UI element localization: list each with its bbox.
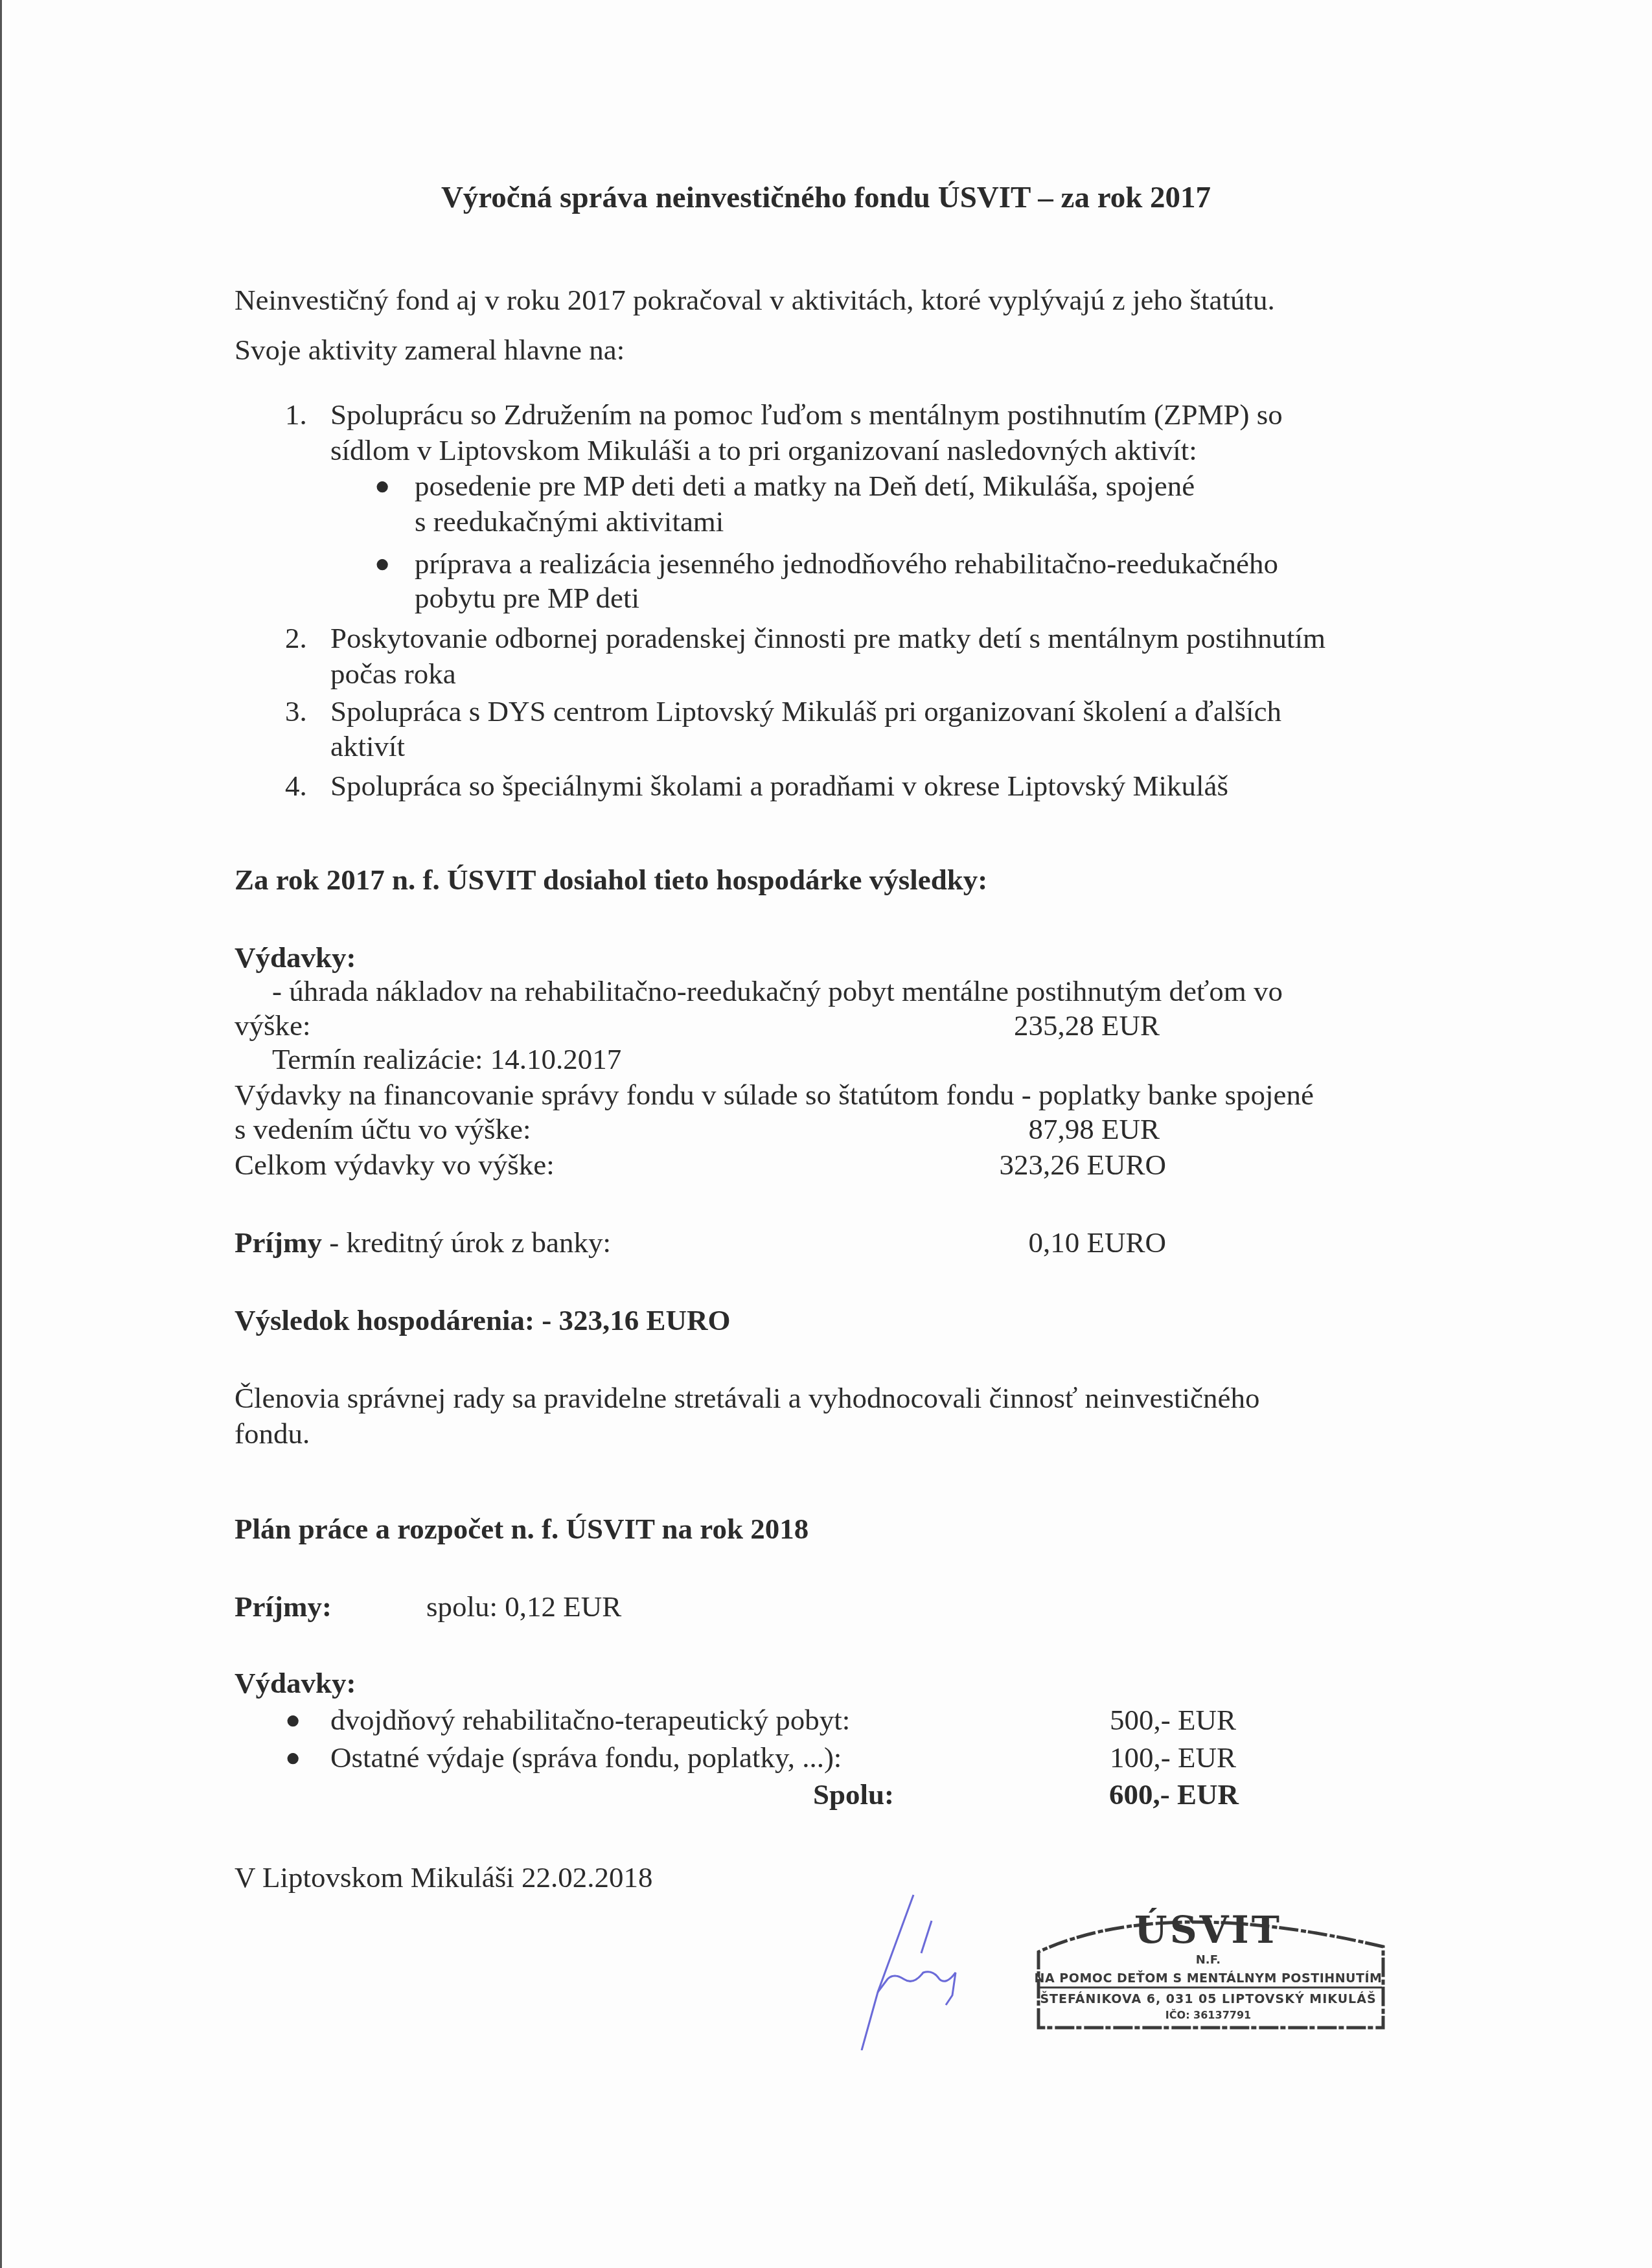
plan-item-2-label: Ostatné výdaje (správa fondu, poplatky, … xyxy=(330,1738,842,1777)
stamp-title: ÚSVIT xyxy=(1033,1908,1383,1952)
activity-2-line-1: Poskytovanie odbornej poradenskej činnos… xyxy=(330,619,1325,658)
expense-item-1-line-1: - úhrada nákladov na rehabilitačno-reedu… xyxy=(272,972,1283,1011)
bullet-icon: ● xyxy=(374,544,390,583)
activity-1-bullet-2-line-1: príprava a realizácia jesenného jednodňo… xyxy=(415,544,1278,583)
bullet-icon: ● xyxy=(285,1701,301,1739)
activity-1-line-2: sídlom v Liptovskom Mikuláši a to pri or… xyxy=(330,431,1197,470)
income-line: Príjmy - kreditný úrok z banky: xyxy=(235,1223,611,1262)
stamp-mission: NA POMOC DEŤOM S MENTÁLNYM POSTIHNUTÍM xyxy=(1033,1971,1383,1986)
bullet-icon: ● xyxy=(285,1738,301,1777)
bullet-icon: ● xyxy=(374,466,390,505)
expenses-total-amount: 323,26 EURO xyxy=(842,1145,1166,1184)
results-expenses-label: Výdavky: xyxy=(235,938,356,977)
stamp-subtitle: N.F. xyxy=(1033,1953,1383,1967)
income-text: - kreditný úrok z banky: xyxy=(322,1226,611,1259)
plan-total-label: Spolu: xyxy=(570,1775,894,1814)
expense-item-2-line-1: Výdavky na financovanie správy fondu v s… xyxy=(235,1075,1314,1114)
stamp-address: ŠTEFÁNIKOVA 6, 031 05 LIPTOVSKÝ MIKULÁŠ xyxy=(1033,1992,1383,2006)
board-line-1: Členovia správnej rady sa pravidelne str… xyxy=(235,1379,1260,1417)
activity-3-line-2: aktivít xyxy=(330,727,405,766)
activity-1-bullet-2-line-2: pobytu pre MP deti xyxy=(415,578,639,617)
plan-income-value: spolu: 0,12 EUR xyxy=(426,1587,621,1626)
expense-item-1-date: Termín realizácie: 14.10.2017 xyxy=(272,1040,621,1079)
scan-page-edge xyxy=(0,0,2,2268)
expense-item-2-amount: 87,98 EUR xyxy=(836,1110,1160,1149)
activity-3-line-1: Spolupráca s DYS centrom Liptovský Mikul… xyxy=(330,692,1281,731)
activity-number: 1. xyxy=(285,395,307,434)
expense-item-2-line-2: s vedením účtu vo výške: xyxy=(235,1110,531,1149)
plan-expenses-label: Výdavky: xyxy=(235,1664,356,1702)
document-title: Výročná správa neinvestičného fondu ÚSVI… xyxy=(0,180,1652,215)
results-heading: Za rok 2017 n. f. ÚSVIT dosiahol tieto h… xyxy=(235,860,987,899)
stamp-ico: IČO: 36137791 xyxy=(1033,2009,1383,2021)
income-amount: 0,10 EURO xyxy=(842,1223,1166,1262)
plan-total-amount: 600,- EUR xyxy=(915,1775,1239,1814)
board-line-2: fondu. xyxy=(235,1414,310,1453)
signature xyxy=(849,1882,1043,2050)
intro-line-2: Svoje aktivity zameral hlavne na: xyxy=(235,330,625,369)
intro-line-1: Neinvestičný fond aj v roku 2017 pokračo… xyxy=(235,281,1275,319)
income-label: Príjmy xyxy=(235,1226,322,1259)
plan-income-label: Príjmy: xyxy=(235,1587,332,1626)
activity-1-bullet-1-line-1: posedenie pre MP deti deti a matky na De… xyxy=(415,466,1195,505)
plan-item-2-amount: 100,- EUR xyxy=(912,1738,1236,1777)
activity-number: 2. xyxy=(285,619,307,658)
activity-4-line-1: Spolupráca so špeciálnymi školami a pora… xyxy=(330,766,1228,805)
economic-result: Výsledok hospodárenia: - 323,16 EURO xyxy=(235,1301,731,1340)
activity-2-line-2: počas roka xyxy=(330,654,456,693)
organization-stamp: ÚSVIT N.F. NA POMOC DEŤOM S MENTÁLNYM PO… xyxy=(1033,1901,1396,2028)
expense-item-1-amount: 235,28 EUR xyxy=(836,1006,1160,1045)
activity-1-bullet-1-line-2: s reedukačnými aktivitami xyxy=(415,502,724,541)
expenses-total-label: Celkom výdavky vo výške: xyxy=(235,1145,555,1184)
plan-heading: Plán práce a rozpočet n. f. ÚSVIT na rok… xyxy=(235,1509,809,1548)
plan-item-1-label: dvojdňový rehabilitačno-terapeutický pob… xyxy=(330,1701,850,1739)
activity-1-line-1: Spoluprácu so Združením na pomoc ľuďom s… xyxy=(330,395,1283,434)
expense-item-1-line-2: výške: xyxy=(235,1006,311,1045)
activity-number: 4. xyxy=(285,766,307,805)
activity-number: 3. xyxy=(285,692,307,731)
plan-item-1-amount: 500,- EUR xyxy=(912,1701,1236,1739)
place-and-date: V Liptovskom Mikuláši 22.02.2018 xyxy=(235,1858,652,1897)
